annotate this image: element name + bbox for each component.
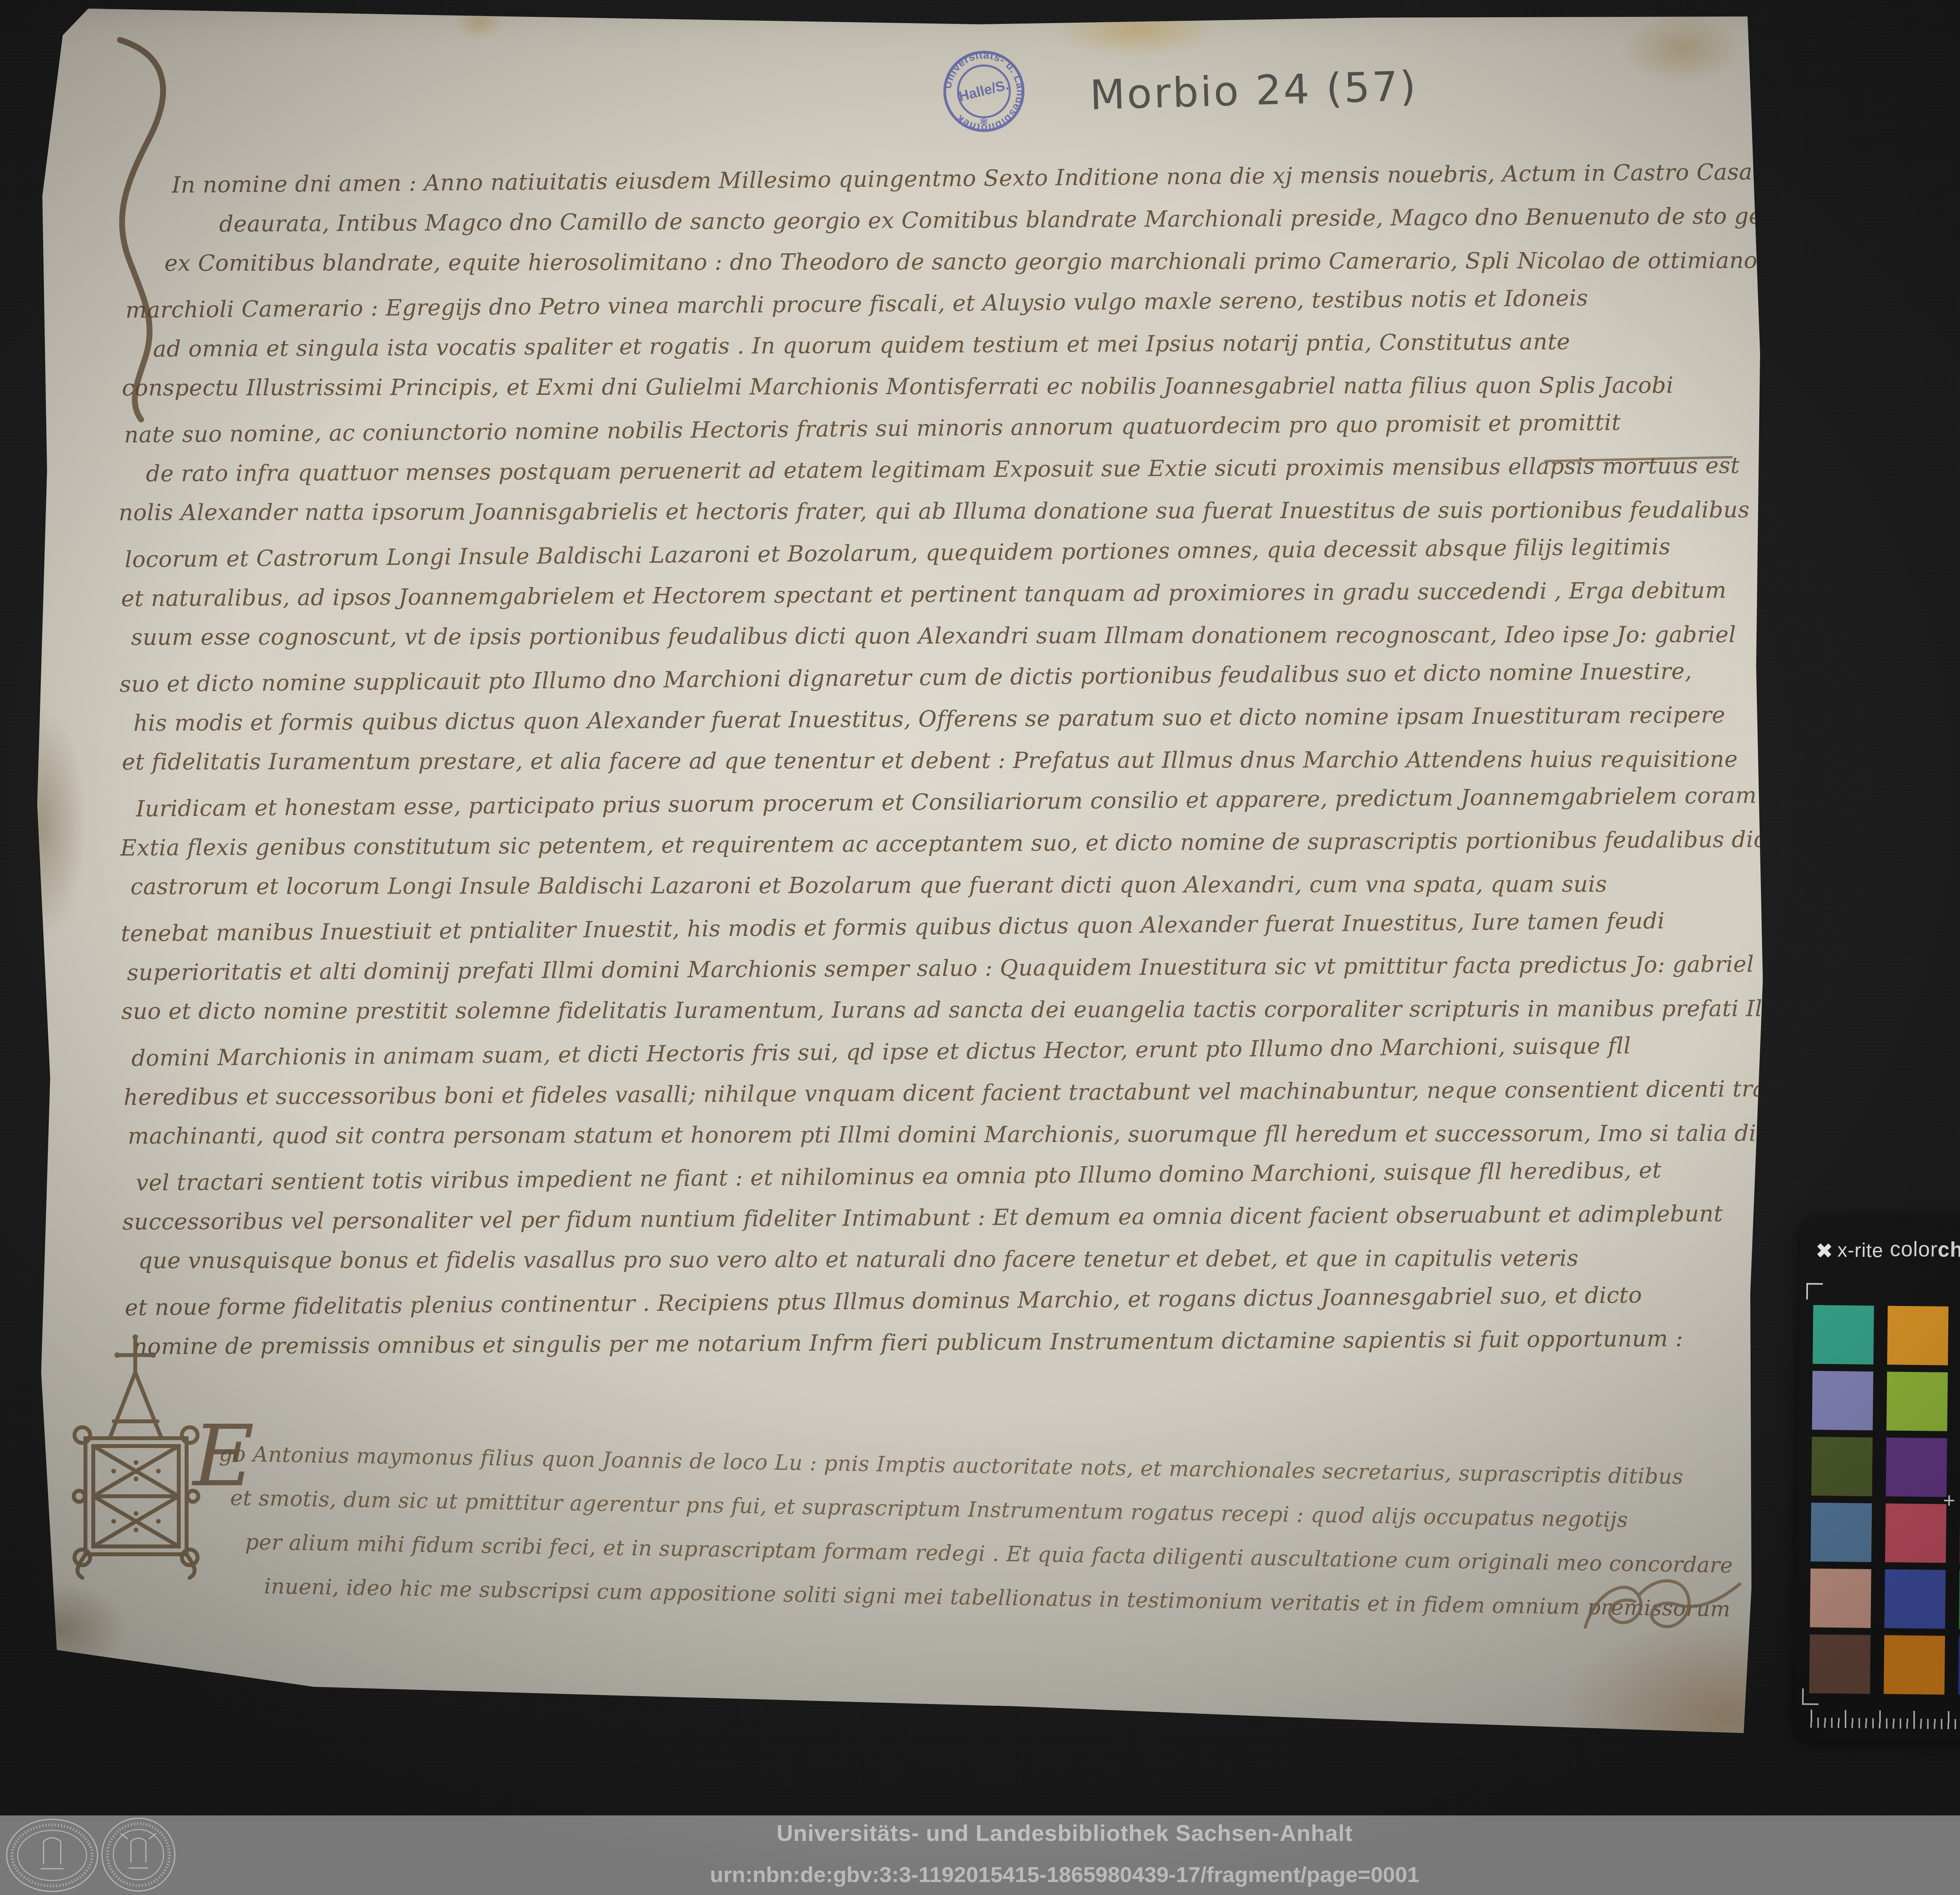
color-patch-r6c2 (1884, 1635, 1945, 1695)
color-patch-r6c3 (1958, 1636, 1960, 1695)
manuscript-line: castrorum et locorum Longi Insule Baldis… (121, 863, 1748, 907)
colorchecker-header: ✖x-rite colorchecker CLASSIC (1800, 1233, 1960, 1267)
manuscript-line: suo et dicto nomine prestitit solemne fi… (121, 988, 1748, 1032)
manuscript-line: et naturalibus, ad ipsos Joannemgabriele… (119, 569, 1746, 620)
color-patch-r1c1 (1813, 1305, 1874, 1364)
manuscript-line: de rato infra quattuor menses postquam p… (118, 445, 1745, 495)
xrite-brand: ✖x-rite (1815, 1237, 1884, 1262)
manuscript-line: superioritatis et alti dominij prefati I… (121, 943, 1748, 994)
notary-sign-icon (59, 1333, 212, 1584)
color-patch-r5c1 (1810, 1568, 1871, 1628)
manuscript-text-block: In nomine dni amen : Anno natiuitatis ei… (117, 154, 1750, 1368)
mm-ruler: mm (1810, 1710, 1960, 1730)
color-patch-r2c1 (1812, 1371, 1873, 1430)
color-patch-r5c2 (1884, 1569, 1946, 1629)
manuscript-line: et fidelitatis Iuramentum prestare, et a… (120, 738, 1747, 783)
manuscript-line: suum esse cognoscunt, vt de ipsis portio… (119, 614, 1746, 658)
manuscript-line: nomine de premissis omnibus et singulis … (123, 1317, 1750, 1368)
footer-institution: Universitäts- und Landesbibliothek Sachs… (0, 1820, 1960, 1846)
manuscript-line: que vnusquisque bonus et fidelis vasallu… (123, 1237, 1749, 1281)
color-patch-r2c2 (1886, 1372, 1948, 1431)
manuscript-line: Extia flexis genibus constitutum sic pet… (120, 819, 1747, 869)
footer-bar: Universitäts- und Landesbibliothek Sachs… (0, 1815, 1960, 1895)
stamp-center-text: Halle/S. (957, 76, 1010, 104)
manuscript-line: conspectu Illustrissimi Principis, et Ex… (118, 365, 1745, 409)
parchment-document: 6 Universitäts- u. Landesbibliothek Hall… (0, 0, 1960, 1895)
color-patch-r3c1 (1811, 1437, 1873, 1496)
crosshair-icon: + (1943, 1488, 1955, 1513)
colorchecker-card: ✖x-rite colorchecker CLASSIC + mm (1795, 1217, 1960, 1742)
manuscript-line: his modis et formis quibus dictus quon A… (120, 694, 1746, 744)
colorchecker-patch-grid (1809, 1305, 1960, 1696)
scan-stage: 6 Universitäts- u. Landesbibliothek Hall… (0, 0, 1960, 1895)
shelfmark-pencil-note: Morbio 24 (57) (1089, 62, 1418, 119)
color-patch-r1c2 (1887, 1306, 1949, 1365)
corner-bracket-icon (1806, 1283, 1823, 1299)
manuscript-line: heredibus et successoribus boni et fidel… (122, 1068, 1748, 1118)
library-stamp: Universitäts- u. Landesbibliothek Halle/… (943, 50, 1025, 133)
manuscript-line: ex Comitibus blandrate, equite hierosoli… (117, 240, 1744, 284)
color-patch-r4c1 (1811, 1503, 1872, 1562)
manuscript-line: machinanti, quod sit contra personam sta… (122, 1112, 1749, 1157)
manuscript-line: successoribus vel personaliter vel per f… (122, 1193, 1749, 1243)
footer-urn: urn:nbn:de:gbv:3:3-1192015415-1865980439… (0, 1862, 1960, 1887)
xrite-brand-label: x-rite (1837, 1239, 1884, 1261)
color-patch-r6c1 (1809, 1634, 1871, 1694)
manuscript-line: ad omnia et singula ista vocatis spalite… (118, 320, 1744, 370)
manuscript-line: deaurata, Intibus Magco dno Camillo de s… (117, 195, 1744, 245)
margin-mark: 6 (34, 122, 45, 142)
color-patch-r4c2 (1885, 1503, 1947, 1563)
stamp-star-icon: ✻ (980, 116, 988, 127)
xrite-logo-icon: ✖ (1815, 1238, 1834, 1263)
eschatocol-text-block: go Antonius maymonus filius quon Joannis… (217, 1432, 1768, 1632)
signature-paraph-icon (1580, 1568, 1744, 1643)
wordmark-light: color (1890, 1237, 1938, 1261)
color-patch-r3c2 (1886, 1437, 1947, 1497)
wordmark-bold: checker (1938, 1238, 1960, 1262)
manuscript-line: nolis Alexander natta ipsorum Joannisgab… (119, 489, 1746, 534)
colorchecker-wordmark: colorchecker (1890, 1237, 1960, 1262)
